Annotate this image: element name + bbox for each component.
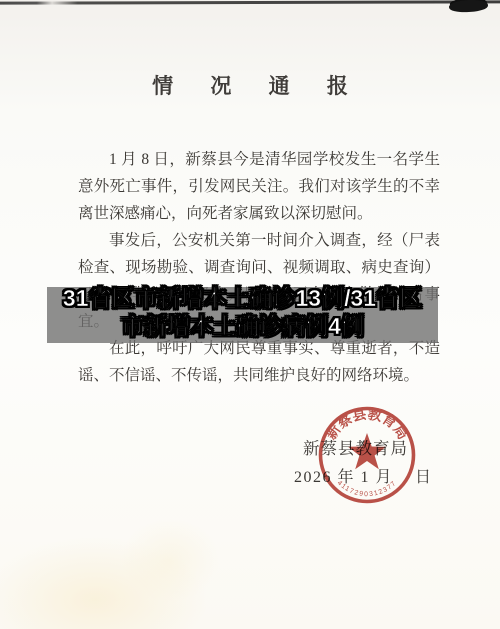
headline-line1: 31省区市新增本土确诊13例/31省区 (40, 284, 445, 312)
document-body: 1 月 8 日，新蔡县今是清华园学校发生一名学生意外死亡事件，引发网民关注。我们… (78, 146, 440, 389)
paragraph-investigation-visible: 事发后，公安机关第一时间介入调查，经（尸表检查、现场勘验、调查询问、视频调取、病… (78, 232, 440, 276)
headline-overlay: 31省区市新增本土确诊13例/31省区 市新增本土确诊病例4例 (40, 284, 445, 344)
notice-document-photo: 情 况 通 报 1 月 8 日，新蔡县今是清华园学校发生一名学生意外死亡事件，引… (0, 0, 500, 629)
headline-line2: 市新增本土确诊病例4例 (40, 312, 445, 340)
document-title: 情 况 通 报 (0, 70, 500, 100)
paragraph-incident: 1 月 8 日，新蔡县今是清华园学校发生一名学生意外死亡事件，引发网民关注。我们… (78, 146, 440, 227)
seal-star-icon (348, 433, 386, 469)
scan-edge-line (0, 0, 500, 4)
official-seal: 新蔡县教育局 4117290312377 (312, 400, 422, 510)
scan-artifact-blob (449, 0, 489, 13)
